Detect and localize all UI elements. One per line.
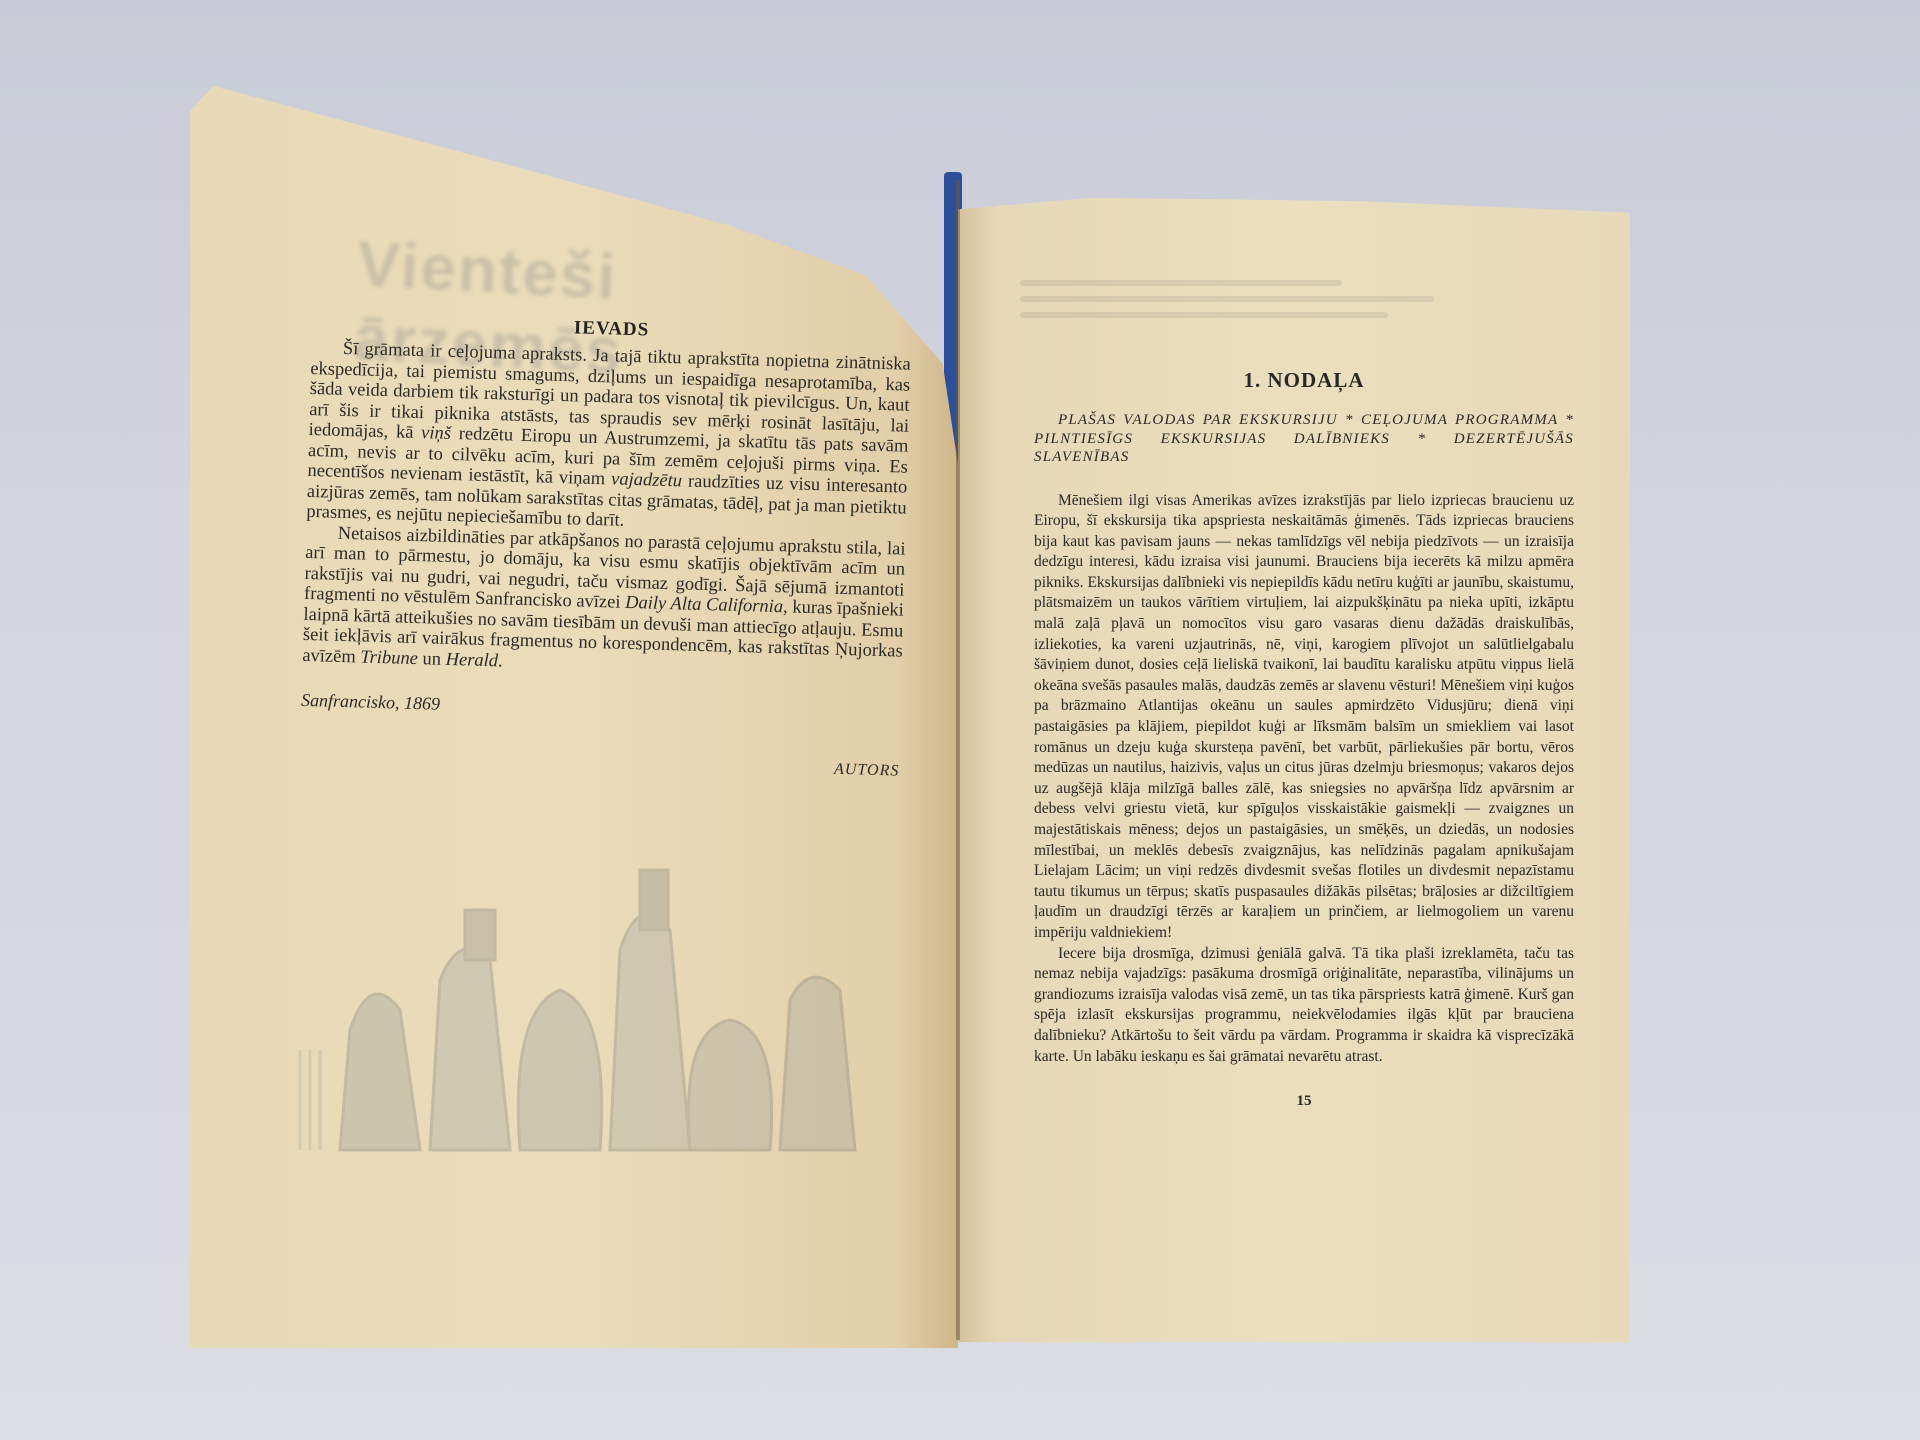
place-date: Sanfrancisko, 1869 (301, 690, 901, 727)
introduction-section: IEVADS Šī grāmata ir ceļojuma apraksts. … (299, 310, 911, 782)
engraving-illustration (280, 850, 900, 1210)
open-book: Vienteši ārzemēs IEVADS Šī grāmata ir ce… (0, 0, 1920, 1440)
page-number: 15 (1034, 1093, 1574, 1110)
show-through-text (1020, 270, 1480, 360)
chapter-title: 1. NODAĻA (1034, 368, 1574, 393)
chapter-summary: PLAŠAS VALODAS PAR EKSKURSIJU * CEĻOJUMA… (1034, 411, 1574, 467)
chapter-paragraph-2: Iecere bija drosmīga, dzimusi ģeniālā ga… (1034, 944, 1574, 1068)
intro-paragraph-2: Netaisos aizbildināties par atkāpšanos n… (302, 522, 906, 682)
chapter-paragraph-1: Mēnešiem ilgi visas Amerikas avīzes izra… (1034, 491, 1574, 944)
chapter-one: 1. NODAĻA PLAŠAS VALODAS PAR EKSKURSIJU … (1034, 368, 1574, 1110)
intro-paragraph-1: Šī grāmata ir ceļojuma apraksts. Ja tajā… (306, 338, 911, 539)
book-gutter (956, 180, 960, 1340)
